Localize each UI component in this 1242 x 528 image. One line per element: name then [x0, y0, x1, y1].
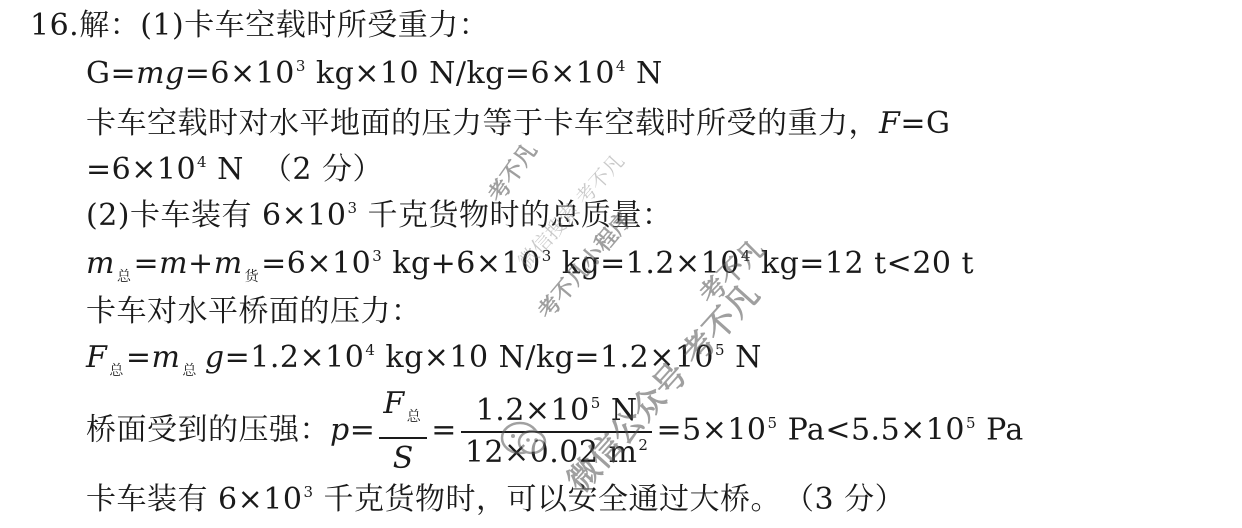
var-m: m: [86, 246, 115, 281]
label-text: 桥面受到的压强：: [86, 413, 330, 448]
expr-part: =6×10: [261, 246, 371, 281]
conclusion: 卡车装有 6×103 千克货物时，可以安全通过大桥。（3 分）: [86, 480, 905, 520]
unit: N: [626, 56, 663, 91]
conclusion-text: 卡车装有 6×10: [86, 482, 302, 517]
exponent: 5: [591, 394, 601, 412]
exponent: 5: [715, 341, 725, 359]
unit: Pa: [976, 413, 1024, 448]
plus: +: [188, 246, 214, 281]
heading-text: 千克货物时的总质量：: [357, 198, 672, 233]
part2-label: (2): [86, 198, 130, 233]
force-heading: 卡车对水平桥面的压力：: [86, 292, 422, 332]
subscript: 总: [109, 363, 124, 379]
heading-text: 卡车对水平桥面的压力：: [86, 294, 422, 329]
expr-part: kg=1.2×10: [552, 246, 740, 281]
exponent: 4: [616, 57, 626, 75]
var-m: m: [159, 246, 188, 281]
expr-part: 1.2×10: [476, 393, 590, 428]
var-S: S: [393, 441, 414, 476]
fraction-numerator: F总: [379, 384, 427, 437]
solution-label: 解：: [79, 8, 140, 43]
exponent: 4: [365, 341, 375, 359]
fraction-values: 1.2×105 N12×0.02 m2: [461, 391, 653, 473]
exponent: 4: [197, 153, 207, 171]
fraction-numerator: 1.2×105 N: [461, 391, 653, 431]
expr-part: =G: [900, 106, 950, 141]
var-p: p: [330, 413, 350, 448]
problem-number: 16.: [30, 8, 79, 43]
expr-part: =6×10: [86, 152, 196, 187]
equals: =: [431, 413, 457, 448]
expr-part: kg×10 N/kg=6×10: [306, 56, 615, 91]
equals: =: [126, 340, 152, 375]
expr-part: =5×10: [656, 413, 766, 448]
subscript: 总: [182, 363, 197, 379]
heading-text: 卡车装有 6×10: [130, 198, 346, 233]
expr-part: kg+6×10: [382, 246, 540, 281]
score-label: （3 分）: [799, 482, 905, 517]
answer-document: 16.解：(1)卡车空载时所受重力： G=mg=6×103 kg×10 N/kg…: [0, 0, 1242, 528]
problem-heading: 16.解：(1)卡车空载时所受重力：: [30, 6, 489, 46]
pressure-result: =6×104 N（2 分）: [86, 150, 383, 190]
exponent: 2: [638, 436, 648, 454]
part1-heading: 卡车空载时所受重力：: [184, 8, 489, 43]
var-mg: mg: [136, 56, 185, 91]
var-F: F: [879, 106, 900, 141]
exponent: 3: [296, 57, 306, 75]
subscript: 货: [245, 269, 260, 285]
statement-text: 卡车空载时对水平地面的压力等于卡车空载时所受的重力，: [86, 106, 879, 141]
var-F: F: [383, 386, 404, 421]
expr-part: Pa<5.5×10: [778, 413, 965, 448]
exponent: 3: [303, 483, 313, 501]
unit: N: [725, 340, 762, 375]
var-m: m: [151, 340, 180, 375]
conclusion-text: 千克货物时，可以安全通过大桥。: [313, 482, 781, 517]
exponent: 5: [966, 414, 976, 432]
mass-equation: m总=m+m货=6×103 kg+6×103 kg=1.2×104 kg=12 …: [86, 244, 974, 297]
expr-part: =1.2×10: [225, 340, 365, 375]
exponent: 5: [768, 414, 778, 432]
gravity-equation: G=mg=6×103 kg×10 N/kg=6×104 N: [86, 54, 663, 94]
expr-part: kg×10 N/kg=1.2×10: [375, 340, 714, 375]
expr-part: kg=12 t<20 t: [751, 246, 974, 281]
exponent: 3: [542, 247, 552, 265]
exponent: 4: [741, 247, 751, 265]
fraction-denominator: 12×0.02 m2: [461, 433, 653, 473]
pressure-equation: 桥面受到的压强：p=F总S=1.2×105 N12×0.02 m2=5×105 …: [86, 384, 1024, 479]
part2-heading: (2)卡车装有 6×103 千克货物时的总质量：: [86, 196, 673, 236]
var-m: m: [214, 246, 243, 281]
subscript: 总: [117, 269, 132, 285]
var-g: g: [205, 340, 225, 375]
equals: =: [110, 56, 136, 91]
fraction-F-over-S: F总S: [379, 384, 427, 479]
pressure-statement: 卡车空载时对水平地面的压力等于卡车空载时所受的重力，F=G: [86, 104, 950, 144]
equals: =: [133, 246, 159, 281]
unit: N: [207, 152, 244, 187]
fraction-denominator: S: [379, 439, 427, 479]
unit: N: [601, 393, 638, 428]
var-G: G: [86, 56, 110, 91]
equals: =: [350, 413, 376, 448]
var-F: F: [86, 340, 107, 375]
expr-part: 12×0.02 m: [465, 435, 638, 470]
exponent: 3: [347, 199, 357, 217]
part1-label: (1): [140, 8, 184, 43]
expr-part: =6×10: [185, 56, 295, 91]
subscript: 总: [407, 409, 422, 425]
exponent: 3: [372, 247, 382, 265]
score-label: （2 分）: [262, 152, 383, 187]
